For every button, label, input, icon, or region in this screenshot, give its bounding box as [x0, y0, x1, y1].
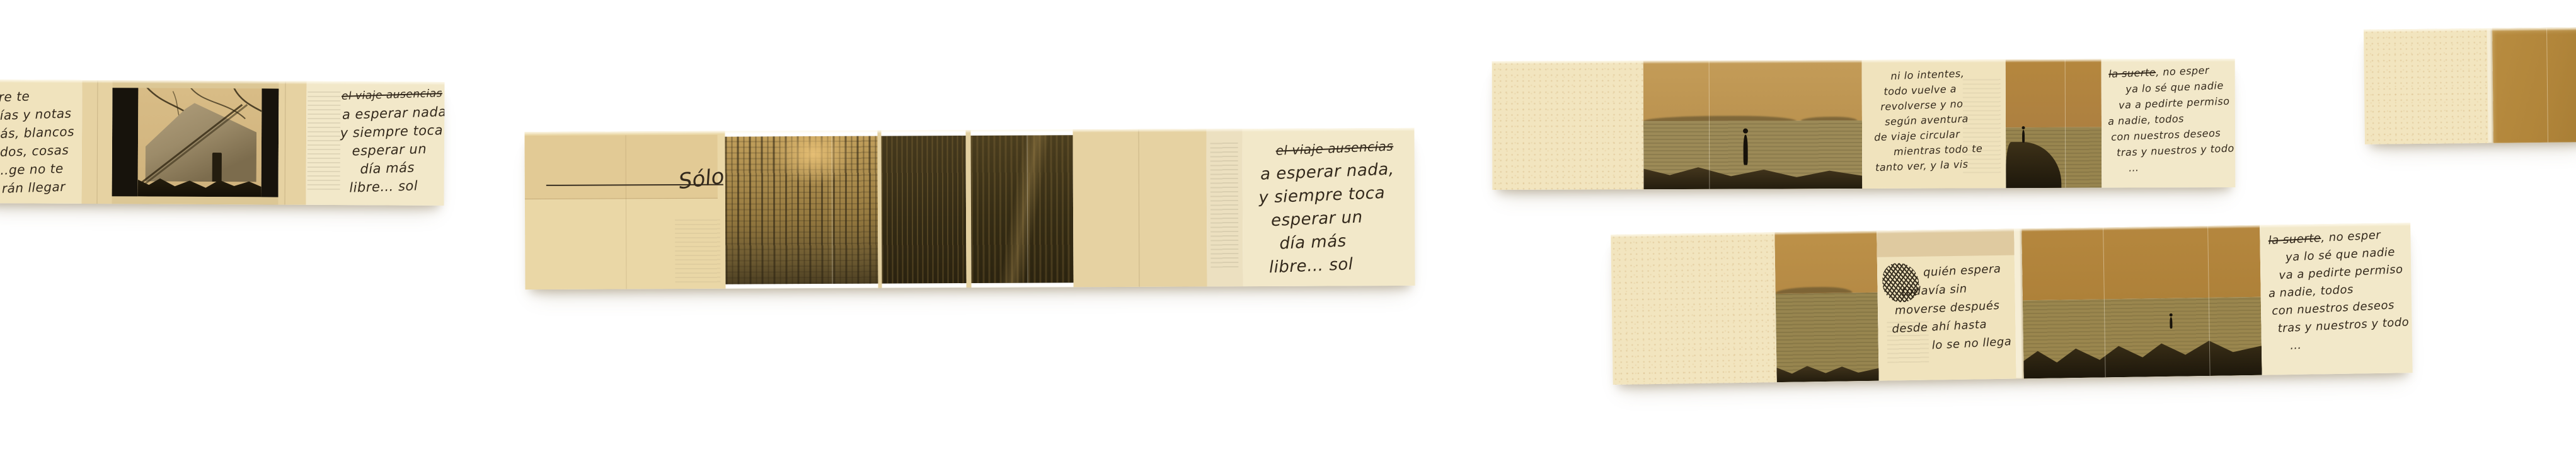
solo-panel: Sólo — [524, 131, 725, 289]
lone-figure — [1742, 129, 1749, 165]
forest-photo-a — [725, 136, 878, 284]
handwritten-page-intentes: ni lo intentes, todo vuelve a revolverse… — [1862, 59, 2006, 189]
sea-photo-mountains — [1774, 231, 1879, 382]
paper-strip-1: …pre te , días y notas …ás, blancos …ado… — [0, 79, 445, 206]
handwritten-page-sabe: la suerte, no esper ya lo sé que nadie v… — [2102, 59, 2236, 188]
sea-photo-rocks-figure — [2021, 225, 2262, 379]
paper-strip-5 — [2364, 27, 2576, 144]
forest-photo-b — [881, 136, 966, 284]
newsprint-sliver — [1206, 129, 1243, 286]
felt-cover — [1611, 232, 1777, 385]
hw-fragment: , no esper — [2156, 64, 2210, 78]
paper-strip-2: Sólo el viaje ausencias a esperar nada, … — [524, 128, 1415, 289]
crossed-out-word: la suerte — [2268, 231, 2321, 247]
hw-line: día más — [360, 158, 444, 178]
sea-photo-rock — [2006, 59, 2102, 189]
stone-house-photo — [138, 88, 262, 197]
artwork-photo: …pre te , días y notas …ás, blancos …ado… — [0, 0, 2576, 473]
newsprint-fragment — [1210, 141, 1239, 267]
crossed-out-word: la suerte — [2108, 66, 2156, 80]
paper-strip-4: quién espera todavía sin moverse después… — [1611, 223, 2412, 385]
forest-photo-c — [970, 135, 1073, 283]
poem-page: el viaje ausencias a esperar nada, y sie… — [1242, 128, 1415, 286]
hw-line: …ge no te — [0, 159, 83, 180]
paper-strip-3: ni lo intentes, todo vuelve a revolverse… — [1492, 59, 2236, 190]
handwritten-page-sabe: la suerte, no esper ya lo sé que nadie v… — [2260, 223, 2413, 375]
felt-cover — [2364, 28, 2488, 144]
tiny-figure — [2021, 126, 2026, 143]
felt-cover — [1492, 61, 1644, 190]
hw-line: …ás, blancos — [0, 122, 82, 143]
slide-black-bar-right — [262, 88, 279, 197]
hw-line: libre… sol — [1268, 250, 1415, 279]
tan-spine — [81, 80, 112, 204]
hw-line: lo se no llega — [1931, 332, 2016, 355]
tan-spine — [278, 81, 306, 205]
house-door — [212, 153, 221, 182]
slide-black-bar-left — [112, 88, 139, 197]
tiny-figure-on-rock — [2168, 313, 2173, 329]
hw-line: esperar un — [352, 139, 444, 160]
hw-fragment: , no esper — [2321, 228, 2381, 245]
hw-line: y siempre toca — [340, 121, 444, 143]
handwritten-page-quien: quién espera todavía sin moverse después… — [1877, 229, 2016, 381]
handwritten-fragment-page: …pre te , días y notas …ás, blancos …ado… — [0, 79, 83, 204]
newsprint-fragment — [675, 219, 720, 283]
hw-line: libre… sol — [349, 176, 445, 197]
slide-photo-mount — [112, 80, 279, 204]
tan-spine — [1072, 129, 1207, 287]
solo-word: Sólo — [677, 163, 726, 194]
amber-photo-panel — [2492, 27, 2576, 143]
poem-page: el viaje ausencias a esperar nada, y sie… — [306, 81, 444, 206]
hw-line: …rán llegar — [0, 177, 83, 198]
sea-photo-lone-figure — [1643, 60, 1863, 189]
